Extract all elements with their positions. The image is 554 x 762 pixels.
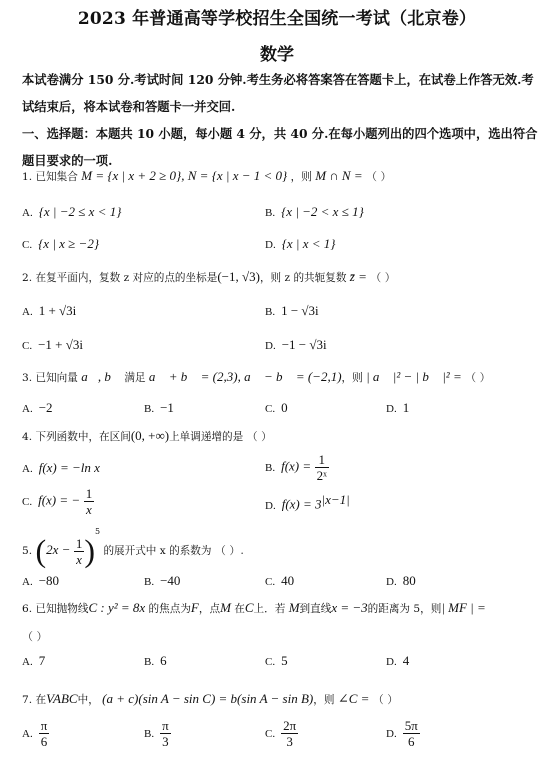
question-4-option-b[interactable]: B.f(x) = 12ˣ — [265, 452, 329, 483]
question-4-option-a[interactable]: A.f(x) = −ln x — [22, 460, 100, 476]
instructions-line-2: 试结束后，将本试卷和答题卡一并交回. — [22, 93, 537, 120]
question-6-option-a[interactable]: A.7 — [22, 653, 45, 669]
question-2-option-d[interactable]: D.−1 − √3i — [265, 337, 327, 353]
question-4-option-d[interactable]: D.f(x) = 3|x−1| — [265, 492, 350, 513]
question-5-option-d[interactable]: D.80 — [386, 573, 416, 589]
question-2-stem: 2. 在复平面内，复数 z 对应的点的坐标是(−1, √3)，则 z 的共轭复数… — [22, 269, 396, 285]
question-2-option-c[interactable]: C.−1 + √3i — [22, 337, 83, 353]
fraction: 12ˣ — [315, 452, 329, 483]
question-5-option-b[interactable]: B.−40 — [144, 573, 180, 589]
question-1-stem: 1. 已知集合 M = {x | x + 2 ≥ 0}, N = {x | x … — [22, 168, 392, 184]
question-3-option-b[interactable]: B.−1 — [144, 400, 174, 416]
exam-title: 2023 年普通高等学校招生全国统一考试（北京卷） — [0, 4, 554, 29]
question-7-option-a[interactable]: A.π6 — [22, 718, 49, 749]
question-6-option-b[interactable]: B.6 — [144, 653, 167, 669]
question-4-stem: 4. 下列函数中，在区间(0, +∞)上单调递增的是 （ ） — [22, 428, 272, 444]
question-3-option-c[interactable]: C.0 — [265, 400, 288, 416]
section-heading-line-1: 一、选择题：本题共 10 小题，每小题 4 分，共 40 分.在每小题列出的四个… — [22, 120, 537, 147]
question-1-option-b[interactable]: B.{x | −2 < x ≤ 1} — [265, 204, 364, 220]
question-6-blank: （ ） — [22, 628, 48, 644]
question-6-option-c[interactable]: C.5 — [265, 653, 288, 669]
question-6-stem: 6. 已知抛物线C : y² = 8x 的焦点为F，点M 在C上．若 M到直线x… — [22, 600, 486, 616]
question-5-option-a[interactable]: A.−80 — [22, 573, 59, 589]
question-5-option-c[interactable]: C.40 — [265, 573, 294, 589]
question-1-option-d[interactable]: D.{x | x < 1} — [265, 236, 336, 252]
question-7-option-c[interactable]: C.2π3 — [265, 718, 298, 749]
question-3-stem: 3. 已知向量 a⃗, b⃗ 满足 a⃗ + b⃗ = (2,3), a⃗ − … — [22, 369, 491, 385]
question-4-option-c[interactable]: C.f(x) = − 1x — [22, 486, 94, 517]
exam-subject: 数学 — [0, 40, 554, 65]
question-3-option-a[interactable]: A.−2 — [22, 400, 53, 416]
question-7-option-d[interactable]: D.5π6 — [386, 718, 420, 749]
exam-page: 2023 年普通高等学校招生全国统一考试（北京卷） 数学 本试卷满分 150 分… — [0, 0, 554, 762]
question-1-option-c[interactable]: C.{x | x ≥ −2} — [22, 236, 99, 252]
question-2-option-b[interactable]: B.1 − √3i — [265, 303, 319, 319]
math: M = {x | x + 2 ≥ 0}, N = {x | x − 1 < 0} — [81, 168, 287, 183]
question-5-stem: 5. (2x − 1x)5 的展开式中 x 的系数为 （ ）. — [22, 527, 244, 570]
question-7-option-b[interactable]: B.π3 — [144, 718, 171, 749]
question-7-stem: 7. 在VABC中， (a + c)(sin A − sin C) = b(si… — [22, 691, 398, 707]
question-3-option-d[interactable]: D.1 — [386, 400, 409, 416]
question-6-option-d[interactable]: D.4 — [386, 653, 409, 669]
instructions-line-1: 本试卷满分 150 分.考试时间 120 分钟.考生务必将答案答在答题卡上，在试… — [22, 66, 537, 93]
fraction: 1x — [84, 486, 95, 517]
question-2-option-a[interactable]: A.1 + √3i — [22, 303, 76, 319]
question-1-option-a[interactable]: A.{x | −2 ≤ x < 1} — [22, 204, 121, 220]
